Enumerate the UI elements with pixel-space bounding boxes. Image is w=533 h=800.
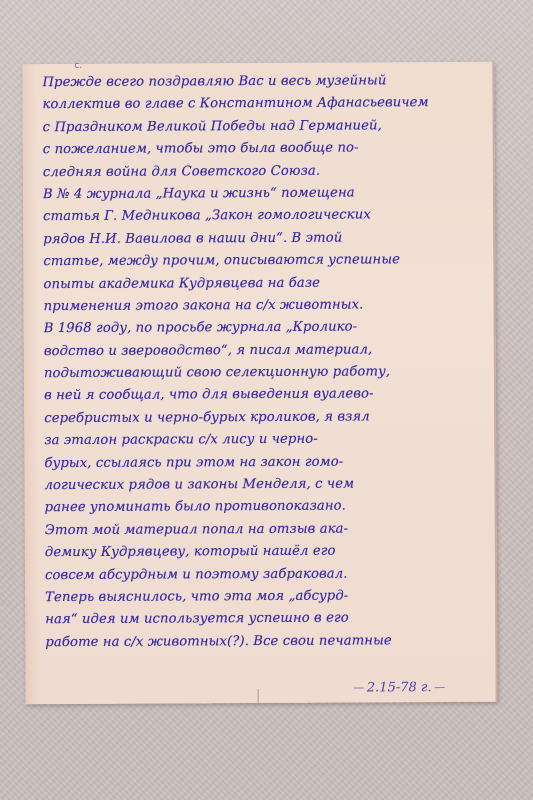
letter-line: работе на с/х животных(?). Все свои печа… <box>45 630 485 655</box>
letter-line: подытоживающий свою селекционную работу, <box>44 361 484 386</box>
letter-line: В 1968 году, по просьбе журнала „Кролико… <box>44 316 484 341</box>
letter-line: ная“ идея им используется успешно в его <box>45 607 485 632</box>
letter-date: 2.15-78 г. <box>351 680 448 696</box>
letter-line: применения этого закона на с/х животных. <box>44 294 484 319</box>
letter-line: следняя война для Советского Союза. <box>43 159 483 184</box>
letter-line: логических рядов и законы Менделя, с чем <box>44 473 484 498</box>
letter-line: за эталон раскраски с/х лису и черно- <box>44 428 484 453</box>
letter-line: серебристых и черно-бурых кроликов, я вз… <box>44 406 484 431</box>
letter-line: бурых, ссылаясь при этом на закон гомо- <box>44 450 484 475</box>
letter-line: демику Кудрявцеву, который нашёл его <box>45 540 485 565</box>
letter-line: в ней я сообщал, что для выведения вуале… <box>44 383 484 408</box>
letter-line: коллектив во главе с Константином Афанас… <box>42 92 482 117</box>
letter-page: с. Прежде всего поздравляю Вас и весь му… <box>22 62 497 704</box>
paper-crease <box>258 689 259 703</box>
letter-line: Теперь выяснилось, что эта моя „абсурд- <box>45 585 485 610</box>
letter-body: Прежде всего поздравляю Вас и весь музей… <box>42 70 485 654</box>
letter-line: Прежде всего поздравляю Вас и весь музей… <box>42 70 482 95</box>
letter-line: В № 4 журнала „Наука и жизнь“ помещена <box>43 182 483 207</box>
letter-line: водство и звероводство“, я писал материа… <box>44 339 484 364</box>
letter-line: совсем абсурдным и поэтому забраковал. <box>45 562 485 587</box>
corner-mark: с. <box>74 61 82 71</box>
letter-line: Этот мой материал попал на отзыв ака- <box>45 518 485 543</box>
letter-line: статье, между прочим, описываются успешн… <box>43 249 483 274</box>
letter-line: рядов Н.И. Вавилова в наши дни“. В этой <box>43 227 483 252</box>
letter-line: опыты академика Кудрявцева на базе <box>43 271 483 296</box>
letter-line: с пожеланием, чтобы это была вообще по- <box>43 137 483 162</box>
letter-line: ранее упоминать было противопоказано. <box>45 495 485 520</box>
letter-line: статья Г. Медникова „Закон гомологически… <box>43 204 483 229</box>
letter-line: с Праздником Великой Победы над Германие… <box>43 115 483 140</box>
